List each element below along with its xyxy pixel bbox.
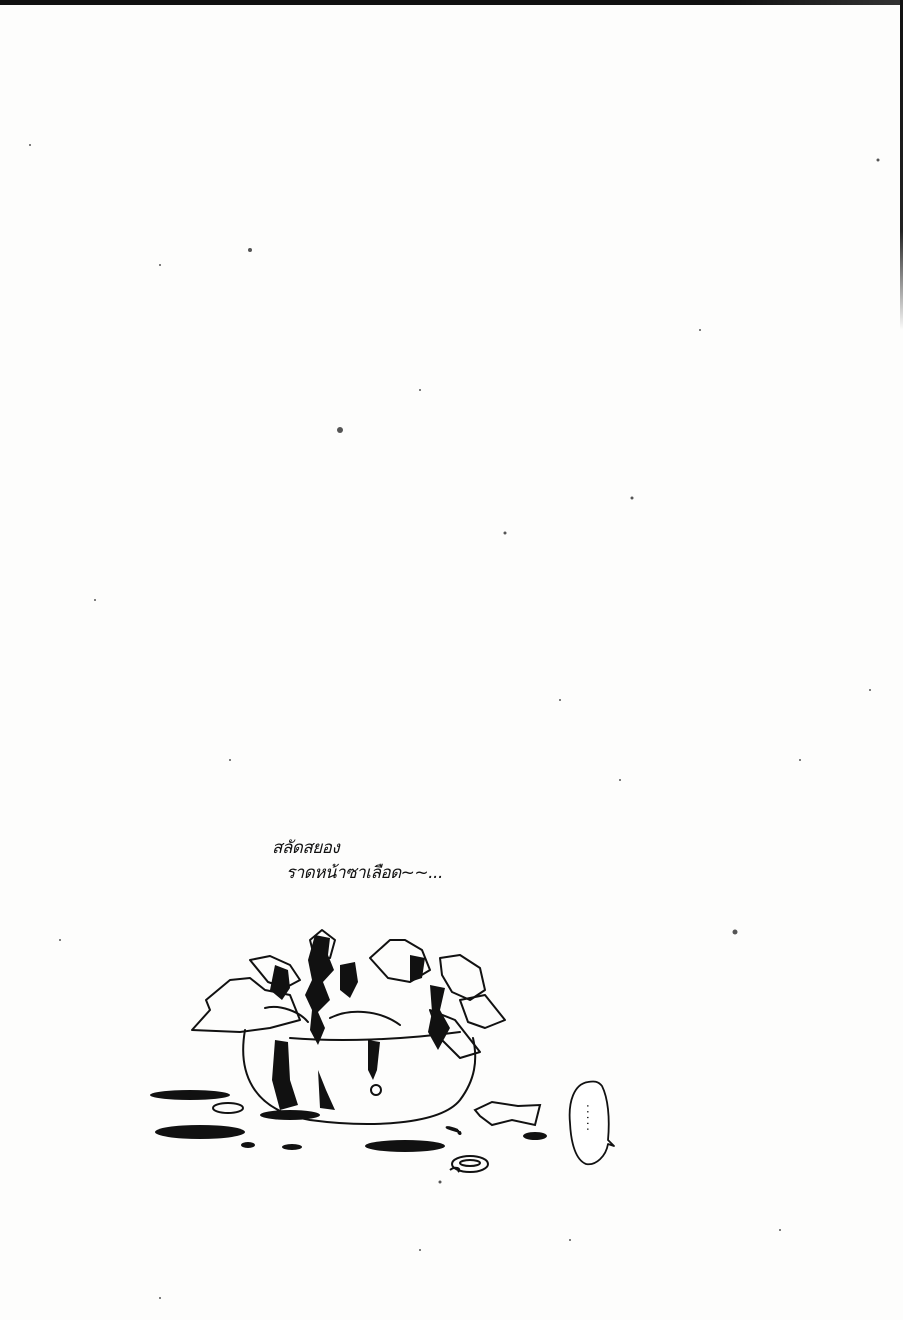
speech-bubble: ..... [566,1078,626,1172]
speech-bubble-text: ..... [566,1078,616,1160]
caption-line-2: ราดหน้าซาเลือด~~... [272,861,443,886]
caption-line-1: สลัดสยอง [272,838,339,858]
salad-bowl-illustration [140,920,630,1190]
manga-page: สลัดสยอง ราดหน้าซาเลือด~~... [0,0,903,1320]
handwritten-caption: สลัดสยอง ราดหน้าซาเลือด~~... [272,836,443,886]
